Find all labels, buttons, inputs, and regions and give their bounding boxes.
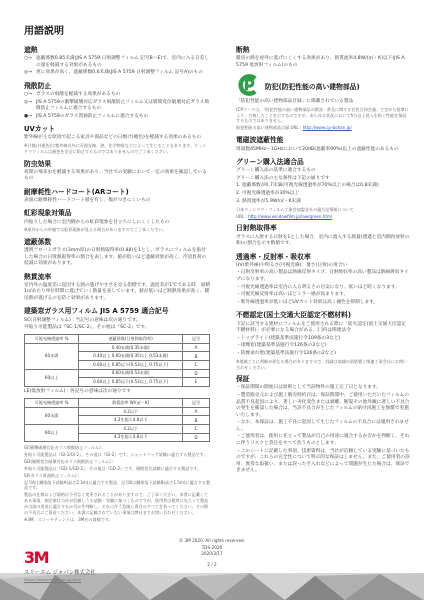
table-cell: D bbox=[183, 369, 210, 378]
page-number: 2 / 2 bbox=[0, 562, 424, 569]
table-header-cell: 可視光線透過率 % bbox=[25, 399, 79, 408]
content-columns: 遮熱○→遮蔽係数0.85未満(JIS A 5759 日射調整フィルム 記号B〜E… bbox=[0, 37, 424, 546]
note-text: ※3M、スコッチティントは、3M社の商標です。 bbox=[24, 517, 210, 523]
bullet-item: ◎→JIS A 5759の衝撃破壊対応ガラス飛散防止フィルム又は層間変位破壊対応… bbox=[24, 100, 210, 113]
note-text: 外貼り可能製品は『GD-1/GD-2』、その他は『GD-2』です。層間変位試験に… bbox=[24, 466, 210, 472]
paragraph: 周波数45MHz〜1GHzにおいて20dB(遮蔽率90%)以上の遮蔽性能のあるも… bbox=[236, 147, 410, 153]
url-link[interactable]: http://www.cp-bohan.jp/ bbox=[303, 125, 352, 130]
section-heading: 日射熱取得率 bbox=[236, 224, 410, 232]
table-header-cell: 可視光線透過率 % bbox=[25, 335, 79, 344]
table-cell: 0.40以上 0.60未満(0.35以上 0.53未満) bbox=[79, 352, 183, 361]
table-cell: 0.60以上 0.85以下(0.53以上 0.75以下) bbox=[79, 360, 183, 369]
note-text: GD(層間変位破壊対応ガラス飛散防止フィルム) : bbox=[24, 459, 210, 465]
table-header-cell: 遮蔽係数(日射熱取得率) bbox=[79, 335, 183, 344]
section-heading: 建築窓ガラス用フィルム JIS A 5759 適合記号 bbox=[24, 307, 210, 315]
note-text: 製品の仕様および価格は予告なく変更されることがありますので、ご了承ください。本書… bbox=[24, 492, 210, 515]
company-url-link[interactable]: https://www.mmm.co.jp/cmd/ bbox=[24, 577, 96, 582]
table-cell: B bbox=[183, 352, 210, 361]
section-heading: 飛散防止 bbox=[24, 82, 210, 90]
paragraph: ・紫外線透過率が低いほどUVカット効果は高く褪色を抑制します。 bbox=[236, 300, 410, 306]
paragraph: 下記に該当する建材にフィルムをご使用される際に「防火認定(国土交通大臣認定不燃材… bbox=[236, 322, 410, 335]
paragraph: ・可視光線透過率は室内に入る明るさの目安になり、低いほど暗くなります。 bbox=[236, 285, 410, 291]
table-header-cell: 熱貫流率 W/(㎡・K) bbox=[79, 399, 183, 408]
table-cell: 4.2以下 bbox=[79, 407, 183, 416]
note-text: 外貼り可能製品は『GI-1/GI-2』、その他は『GI-2』です。ショットバッグ… bbox=[24, 452, 210, 458]
bullet-symbol: ●→ bbox=[24, 114, 36, 120]
table-group-cell: 60未満 bbox=[25, 407, 79, 424]
right-column: 断熱暖房の熱を屋外に逃げにくくする効果があり、熱貫流率4.8W/(㎡・K)以下(… bbox=[236, 41, 410, 546]
doc-date: 2020/3/17 bbox=[0, 551, 424, 558]
note-text: 日本ウィンドウ・フィルム工業会加盟各社の適合品情報について bbox=[236, 207, 410, 213]
table-header-cell: 記号 bbox=[183, 399, 210, 408]
paragraph: 暖房の熱を屋外に逃げにくくする効果があり、熱貫流率4.8W/(㎡・K)以下(JI… bbox=[236, 56, 410, 69]
bullet-item: ○→ガラスの飛散を軽減する効果があるもの bbox=[24, 92, 210, 98]
paragraph: 「防犯性能の高い建物部品目録」に掲載されている製品 bbox=[236, 99, 410, 105]
table-cell: C bbox=[183, 424, 210, 433]
spec-table: 可視光線透過率 %熱貫流率 W/(㎡・K)記号60未満4.2以下A4.2を超え4… bbox=[24, 398, 210, 442]
section-heading: 断熱 bbox=[236, 46, 410, 54]
paragraph: ・排煙窓(建築基準法施行令126条の2など) bbox=[236, 343, 410, 349]
paragraph: ・なお、本保証は、施工不良に起因して生じたフィルムの不具合には適用されません。 bbox=[236, 420, 410, 433]
table-header-cell: 記号 bbox=[183, 335, 210, 344]
paragraph: LE(低放射フィルム) : 各記号の意味は次の通りです bbox=[24, 389, 210, 395]
table-cell: 0.60未満(0.53未満) bbox=[79, 369, 183, 378]
note-text: (CPマークは、「防犯性能の高い建物部品の開発・普及に関する官民合同会議」で定め… bbox=[236, 107, 410, 124]
table-cell: D bbox=[183, 433, 210, 442]
security-heading-row: 防犯(防犯性能の高い建物部品) bbox=[236, 73, 410, 97]
table-group-cell: 60以上 bbox=[25, 424, 79, 441]
bullet-text: 遮蔽係数0.85未満(JIS A 5759 日射調整フィルム 記号B〜E)で、室… bbox=[36, 56, 210, 69]
paragraph: 3. 熱貫流率が5.9W/㎡・K未満 bbox=[236, 199, 410, 205]
table-cell: A bbox=[183, 407, 210, 416]
bullet-symbol: ◎→ bbox=[24, 100, 36, 113]
paragraph: 表面に耐摩耗性ハードコート層を有し、傷がつきにくいもの bbox=[24, 198, 210, 204]
paragraph: 内貼りした場合に室内側からの虹彩現象を目立ちにしにくくしたもの bbox=[24, 220, 210, 226]
bullet-symbol: ○→ bbox=[24, 92, 36, 98]
paragraph: ・保証期間の開始日は原則として当該物件の施工完了日となります。 bbox=[236, 385, 410, 391]
section-heading: 電磁波遮蔽性能 bbox=[236, 136, 410, 144]
paragraph: UV(紫外線)や明るさ(可視光線)、暑さ(日射)の度合い bbox=[236, 263, 410, 269]
document-page: 用語説明 遮熱○→遮蔽係数0.85未満(JIS A 5759 日射調整フィルム … bbox=[0, 0, 424, 600]
paragraph: ・製造販売元および施工販売特約店は、保証期間中、ご使用いただいたフィルムの品質不… bbox=[236, 393, 410, 419]
bullet-text: ガラスの飛散を軽減する効果があるもの bbox=[36, 92, 210, 98]
paragraph: SC(日射調整フィルム) : 当記号の意味は次の通りです。 bbox=[24, 318, 210, 324]
link-line: 防犯性能の高い建物部品目録 URL : http://www.cp-bohan.… bbox=[236, 125, 410, 131]
link-prefix: 防犯性能の高い建物部品目録 URL : bbox=[236, 125, 303, 130]
section-heading: 遮熱 bbox=[24, 46, 210, 54]
table-cell: 4.2以下 bbox=[79, 424, 183, 433]
bullet-item: ○→遮蔽係数0.85未満(JIS A 5759 日射調整フィルム 記号B〜E)で… bbox=[24, 56, 210, 69]
section-heading: グリーン購入法適合品 bbox=[236, 158, 410, 166]
table-cell: 4.2を超え4.8以下 bbox=[79, 433, 183, 442]
bullet-text: JIS A 5759の衝撃破壊対応ガラス飛散防止フィルム又は層間変位破壊対応ガラ… bbox=[36, 100, 210, 113]
section-heading: 防犯(防犯性能の高い建物部品) bbox=[265, 83, 360, 91]
section-heading: UVカット bbox=[24, 125, 210, 133]
table-cell: 0.40未満(0.35未満) bbox=[79, 343, 183, 352]
bullet-item: ●→JIS A 5759のガラス貫通防止フィルムに適合するもの bbox=[24, 114, 210, 120]
footer-meta-block: © 3M 2020. All rights reserved. TDS-2020… bbox=[0, 538, 424, 568]
table-cell: B bbox=[183, 416, 210, 425]
section-heading: 保証 bbox=[236, 375, 410, 383]
link-prefix: URL : bbox=[236, 214, 248, 219]
cp-mark-icon bbox=[236, 73, 260, 97]
note-text: ※屋外からの外観では虹彩現象が見える場合がありますのでご了承ください。 bbox=[24, 227, 210, 233]
section-heading: 耐摩耗性ハードコート(ARコート) bbox=[24, 188, 210, 196]
table-cell: A bbox=[183, 343, 210, 352]
page-footer: 3M スリーエム ジャパン株式会社 https://www.mmm.co.jp/… bbox=[0, 530, 424, 600]
left-column: 遮熱○→遮蔽係数0.85未満(JIS A 5759 日射調整フィルム 記号B〜E… bbox=[24, 41, 210, 546]
paragraph: 透明フロートガラス(3mm厚)の日射熱取得率(0.88)を1とし、ガラスにフィル… bbox=[24, 248, 210, 267]
url-link[interactable]: http://www.windowfilm.jp/law/green.html bbox=[248, 214, 332, 219]
spec-table: 可視光線透過率 %遮蔽係数(日射熱取得率)記号60未満0.40未満(0.35未満… bbox=[24, 334, 210, 387]
table-cell: 0.60以上 0.85以下(0.53以上 0.75以下) bbox=[79, 378, 183, 387]
section-heading: 虹彩現象対策品 bbox=[24, 209, 210, 217]
table-cell: 4.2を超え4.8以下 bbox=[79, 416, 183, 425]
page-title: 用語説明 bbox=[0, 0, 424, 37]
section-heading: 不燃認定(国土交通大臣認定不燃材料) bbox=[236, 311, 410, 319]
table-cell: E bbox=[183, 378, 210, 387]
paragraph: ガラスに入射する日射を1とした場合、室内に流入する熱量(透過と室内側再放射の和)… bbox=[236, 235, 410, 248]
paragraph: グリーン購入法の主な条件は下記の通りです bbox=[236, 176, 410, 182]
bullet-symbol: ○→ bbox=[24, 56, 36, 69]
paragraph: 外貼り可能製品は『SC-1/SC-2』、その他は『SC-2』です。 bbox=[24, 325, 210, 331]
paragraph: 室内外の温度差に起因する熱の逃げやすさを見る指標です。温度差が1℃である時、面積… bbox=[24, 283, 210, 302]
link-line: URL : http://www.windowfilm.jp/law/green… bbox=[236, 214, 410, 220]
paragraph: ・防煙垂れ壁(建築基準法施行令126条の2など) bbox=[236, 351, 410, 357]
section-heading: 遮蔽係数 bbox=[24, 238, 210, 246]
note-text: ※地域ごとに判断が異なる場合がありますので、詳細は地域の消防署と関連工事会社にお… bbox=[236, 359, 410, 371]
section-heading: 熱貫流率 bbox=[24, 273, 210, 281]
section-heading: 透過率・反射率・吸収率 bbox=[236, 253, 410, 261]
paragraph: 2. 可視光線透過率が30%以上 bbox=[236, 191, 410, 197]
paragraph: ・このシートに記載した事項、技術資料は、当社が信頼している実験に基づいたものです… bbox=[236, 449, 410, 475]
note-text: SF(ガラス貫通防止フィルム) : bbox=[24, 473, 210, 479]
note-text: GI(衝撃破壊対応ガラス飛散防止フィルム) : bbox=[24, 445, 210, 451]
paragraph: グリーン購入法の基準に適合するもの bbox=[236, 168, 410, 174]
company-name: スリーエム ジャパン株式会社 bbox=[24, 568, 96, 576]
bullet-text: JIS A 5759のガラス貫通防止フィルムに適合するもの bbox=[36, 114, 210, 120]
table-cell: C bbox=[183, 360, 210, 369]
paragraph: ・ご使用者は、使用に先立って製品が自己の用途に適合するか否かを判断し、それに伴う… bbox=[236, 434, 410, 447]
paragraph: ・日射反射率の高い製品は熱線反射タイプ、日射吸収率の高い製品は熱線吸収タイプにな… bbox=[236, 270, 410, 283]
paragraph: 夜間の飛来虫を軽減する効果があり、当社での実験において一定の効果を確認しているも… bbox=[24, 170, 210, 183]
bullet-item: ◎→更に効果が高く、遮蔽係数0.6未満(JIS A 5759 日射調整フィルム … bbox=[24, 70, 210, 76]
paragraph: 紫外線が主な原因で起こる家具や商品などの日焼け(褪色)を軽減する効果のあるもの bbox=[24, 135, 210, 141]
bullet-symbol: ◎→ bbox=[24, 70, 36, 76]
note-text: ※日焼け(褪色)は紫外線以外に可視光線、熱、化学物質などによって生じることもあり… bbox=[24, 143, 210, 155]
section-heading: 防虫効果 bbox=[24, 160, 210, 168]
table-group-cell: 60未満 bbox=[25, 343, 79, 369]
bullet-text: 更に効果が高く、遮蔽係数0.6未満(JIS A 5759 日射調整フィルム 記号… bbox=[36, 70, 210, 76]
paragraph: ・トップライト(建築基準法施行令109条の3など) bbox=[236, 336, 410, 342]
note-text: 記号Aは鋼球落下試験A(高さ2.3m)に適合する製品、記号Bは鋼球落下試験B(高… bbox=[24, 480, 210, 492]
table-group-cell: 60以上 bbox=[25, 369, 79, 386]
paragraph: ・可視光線反射率は高いほどミラー感が高まります。 bbox=[236, 292, 410, 298]
paragraph: 1. 遮蔽係数が0.7未満(可視光線透過率が70%以上の場合は0.8未満) bbox=[236, 183, 410, 189]
